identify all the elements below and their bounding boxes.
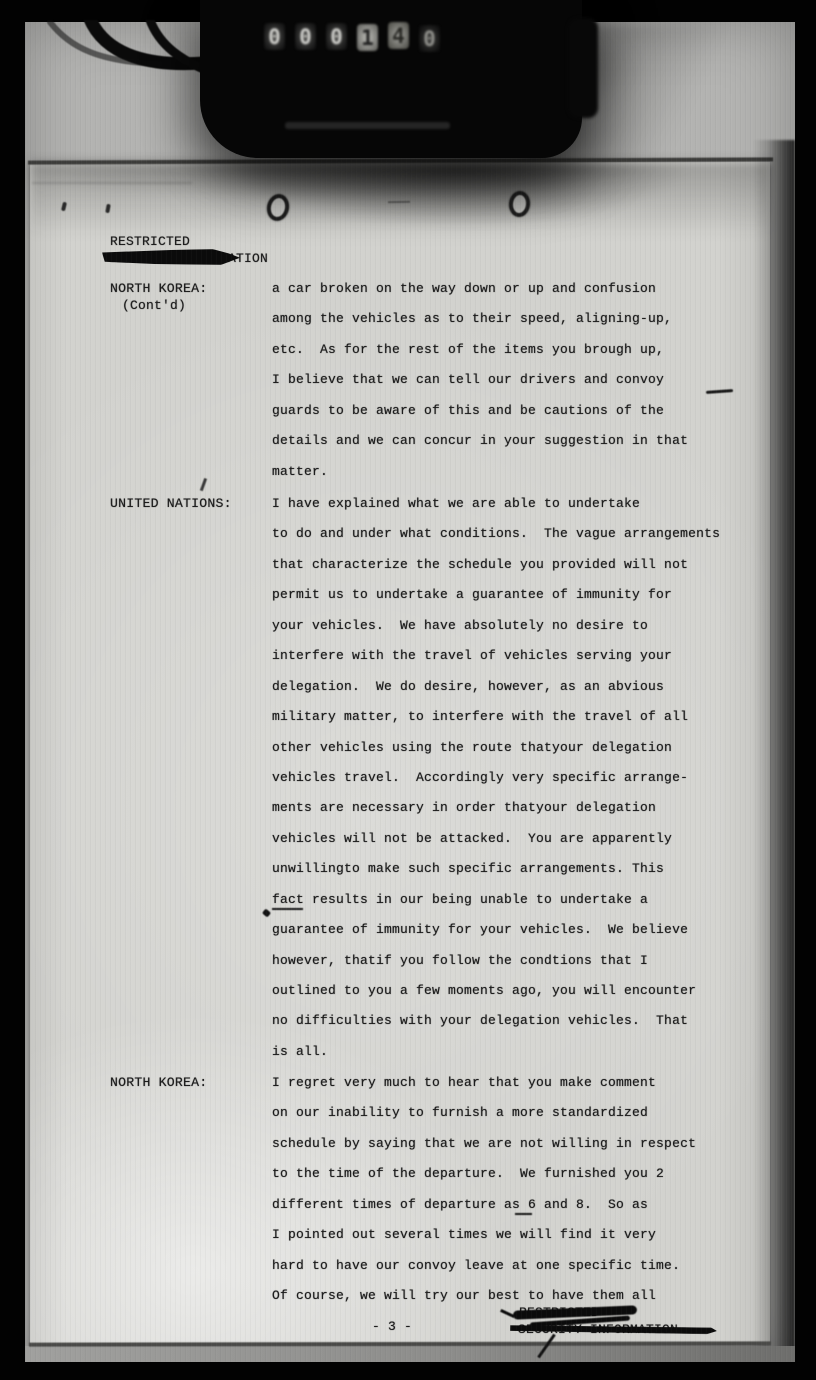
transcript-paragraph: I regret very much to hear that you make… <box>272 1075 772 1319</box>
microfilm-frame: RESTRICTED SECURITY INFORMATION NORTH KO… <box>0 0 816 1380</box>
stray-mark <box>200 478 207 491</box>
transcript-line: I pointed out several times we will find… <box>272 1227 772 1257</box>
transcript-line: outlined to you a few moments ago, you w… <box>272 983 772 1013</box>
transcript-line: however, thatif you follow the condtions… <box>272 953 772 983</box>
speaker-continuation: (Cont'd) <box>122 298 186 313</box>
underline-mark <box>272 908 303 910</box>
surface-below-page <box>25 1346 795 1362</box>
transcript-line: delegation. We do desire, however, as an… <box>272 679 772 709</box>
transcript-line: a car broken on the way down or up and c… <box>272 281 772 311</box>
transcript-line: hard to have our convoy leave at one spe… <box>272 1258 772 1288</box>
underlying-page-edge <box>32 182 192 184</box>
transcript-line: I believe that we can tell our drivers a… <box>272 372 772 402</box>
underline-mark <box>515 1213 532 1215</box>
transcript-line: I have explained what we are able to und… <box>272 496 772 526</box>
transcript-paragraph: a car broken on the way down or up and c… <box>272 281 772 494</box>
classification-stamp-line1: RESTRICTED <box>110 234 190 249</box>
punch-hole <box>508 190 532 218</box>
transcript-line: military matter, to interfere with the t… <box>272 709 772 739</box>
stray-mark <box>61 202 67 212</box>
document-page: RESTRICTED SECURITY INFORMATION NORTH KO… <box>30 162 770 1344</box>
transcript-line: unwillingto make such specific arrangeme… <box>272 861 772 891</box>
counter-digit: 0 <box>295 23 316 50</box>
speaker-label: UNITED NATIONS: <box>110 496 232 511</box>
transcript-line: ments are necessary in order thatyour de… <box>272 800 772 830</box>
counter-digits: 000140 <box>264 23 440 50</box>
transcript-line: vehicles travel. Accordingly very specif… <box>272 770 772 800</box>
transcript-line: on our inability to furnish a more stand… <box>272 1105 772 1135</box>
counter-slot <box>285 122 450 129</box>
transcript-line: among the vehicles as to their speed, al… <box>272 311 772 341</box>
transcript-line: is all. <box>272 1044 772 1074</box>
speaker-label: NORTH KOREA: <box>110 281 207 296</box>
counter-device: 000140 <box>200 0 582 158</box>
transcript-line: interfere with the travel of vehicles se… <box>272 648 772 678</box>
transcript-paragraph: I have explained what we are able to und… <box>272 496 772 1074</box>
transcript-line: fact results in our being unable to unde… <box>272 892 772 922</box>
stray-mark <box>388 201 410 203</box>
transcript-line: details and we can concur in your sugges… <box>272 433 772 463</box>
punch-hole <box>264 192 291 223</box>
transcript-line: etc. As for the rest of the items you br… <box>272 342 772 372</box>
counter-side-knob <box>568 18 598 118</box>
counter-digit: 0 <box>264 23 285 50</box>
photo-area: RESTRICTED SECURITY INFORMATION NORTH KO… <box>25 22 795 1362</box>
page-number: - 3 - <box>372 1319 412 1334</box>
transcript-line: guards to be aware of this and be cautio… <box>272 403 772 433</box>
transcript-line: permit us to undertake a guarantee of im… <box>272 587 772 617</box>
speaker-label: NORTH KOREA: <box>110 1075 207 1090</box>
page-stack-edge-shadow <box>753 140 795 1362</box>
transcript-line: that characterize the schedule you provi… <box>272 557 772 587</box>
counter-digit: 0 <box>326 23 347 50</box>
stray-mark <box>262 908 271 917</box>
transcript-line: I regret very much to hear that you make… <box>272 1075 772 1105</box>
transcript-line: your vehicles. We have absolutely no des… <box>272 618 772 648</box>
transcript-line: no difficulties with your delegation veh… <box>272 1013 772 1043</box>
transcript-line: matter. <box>272 464 772 494</box>
stray-mark <box>105 204 111 214</box>
transcript-line: to the time of the departure. We furnish… <box>272 1166 772 1196</box>
transcript-line: different times of departure as 6 and 8.… <box>272 1197 772 1227</box>
counter-digit: 1 <box>357 24 378 51</box>
transcript-line: guarantee of immunity for your vehicles.… <box>272 922 772 952</box>
transcript-line: other vehicles using the route thatyour … <box>272 740 772 770</box>
counter-digit: 0 <box>419 25 440 52</box>
counter-digit: 4 <box>388 22 409 49</box>
transcript-line: schedule by saying that we are not willi… <box>272 1136 772 1166</box>
transcript-line: to do and under what conditions. The vag… <box>272 526 772 556</box>
transcript-line: vehicles will not be attacked. You are a… <box>272 831 772 861</box>
